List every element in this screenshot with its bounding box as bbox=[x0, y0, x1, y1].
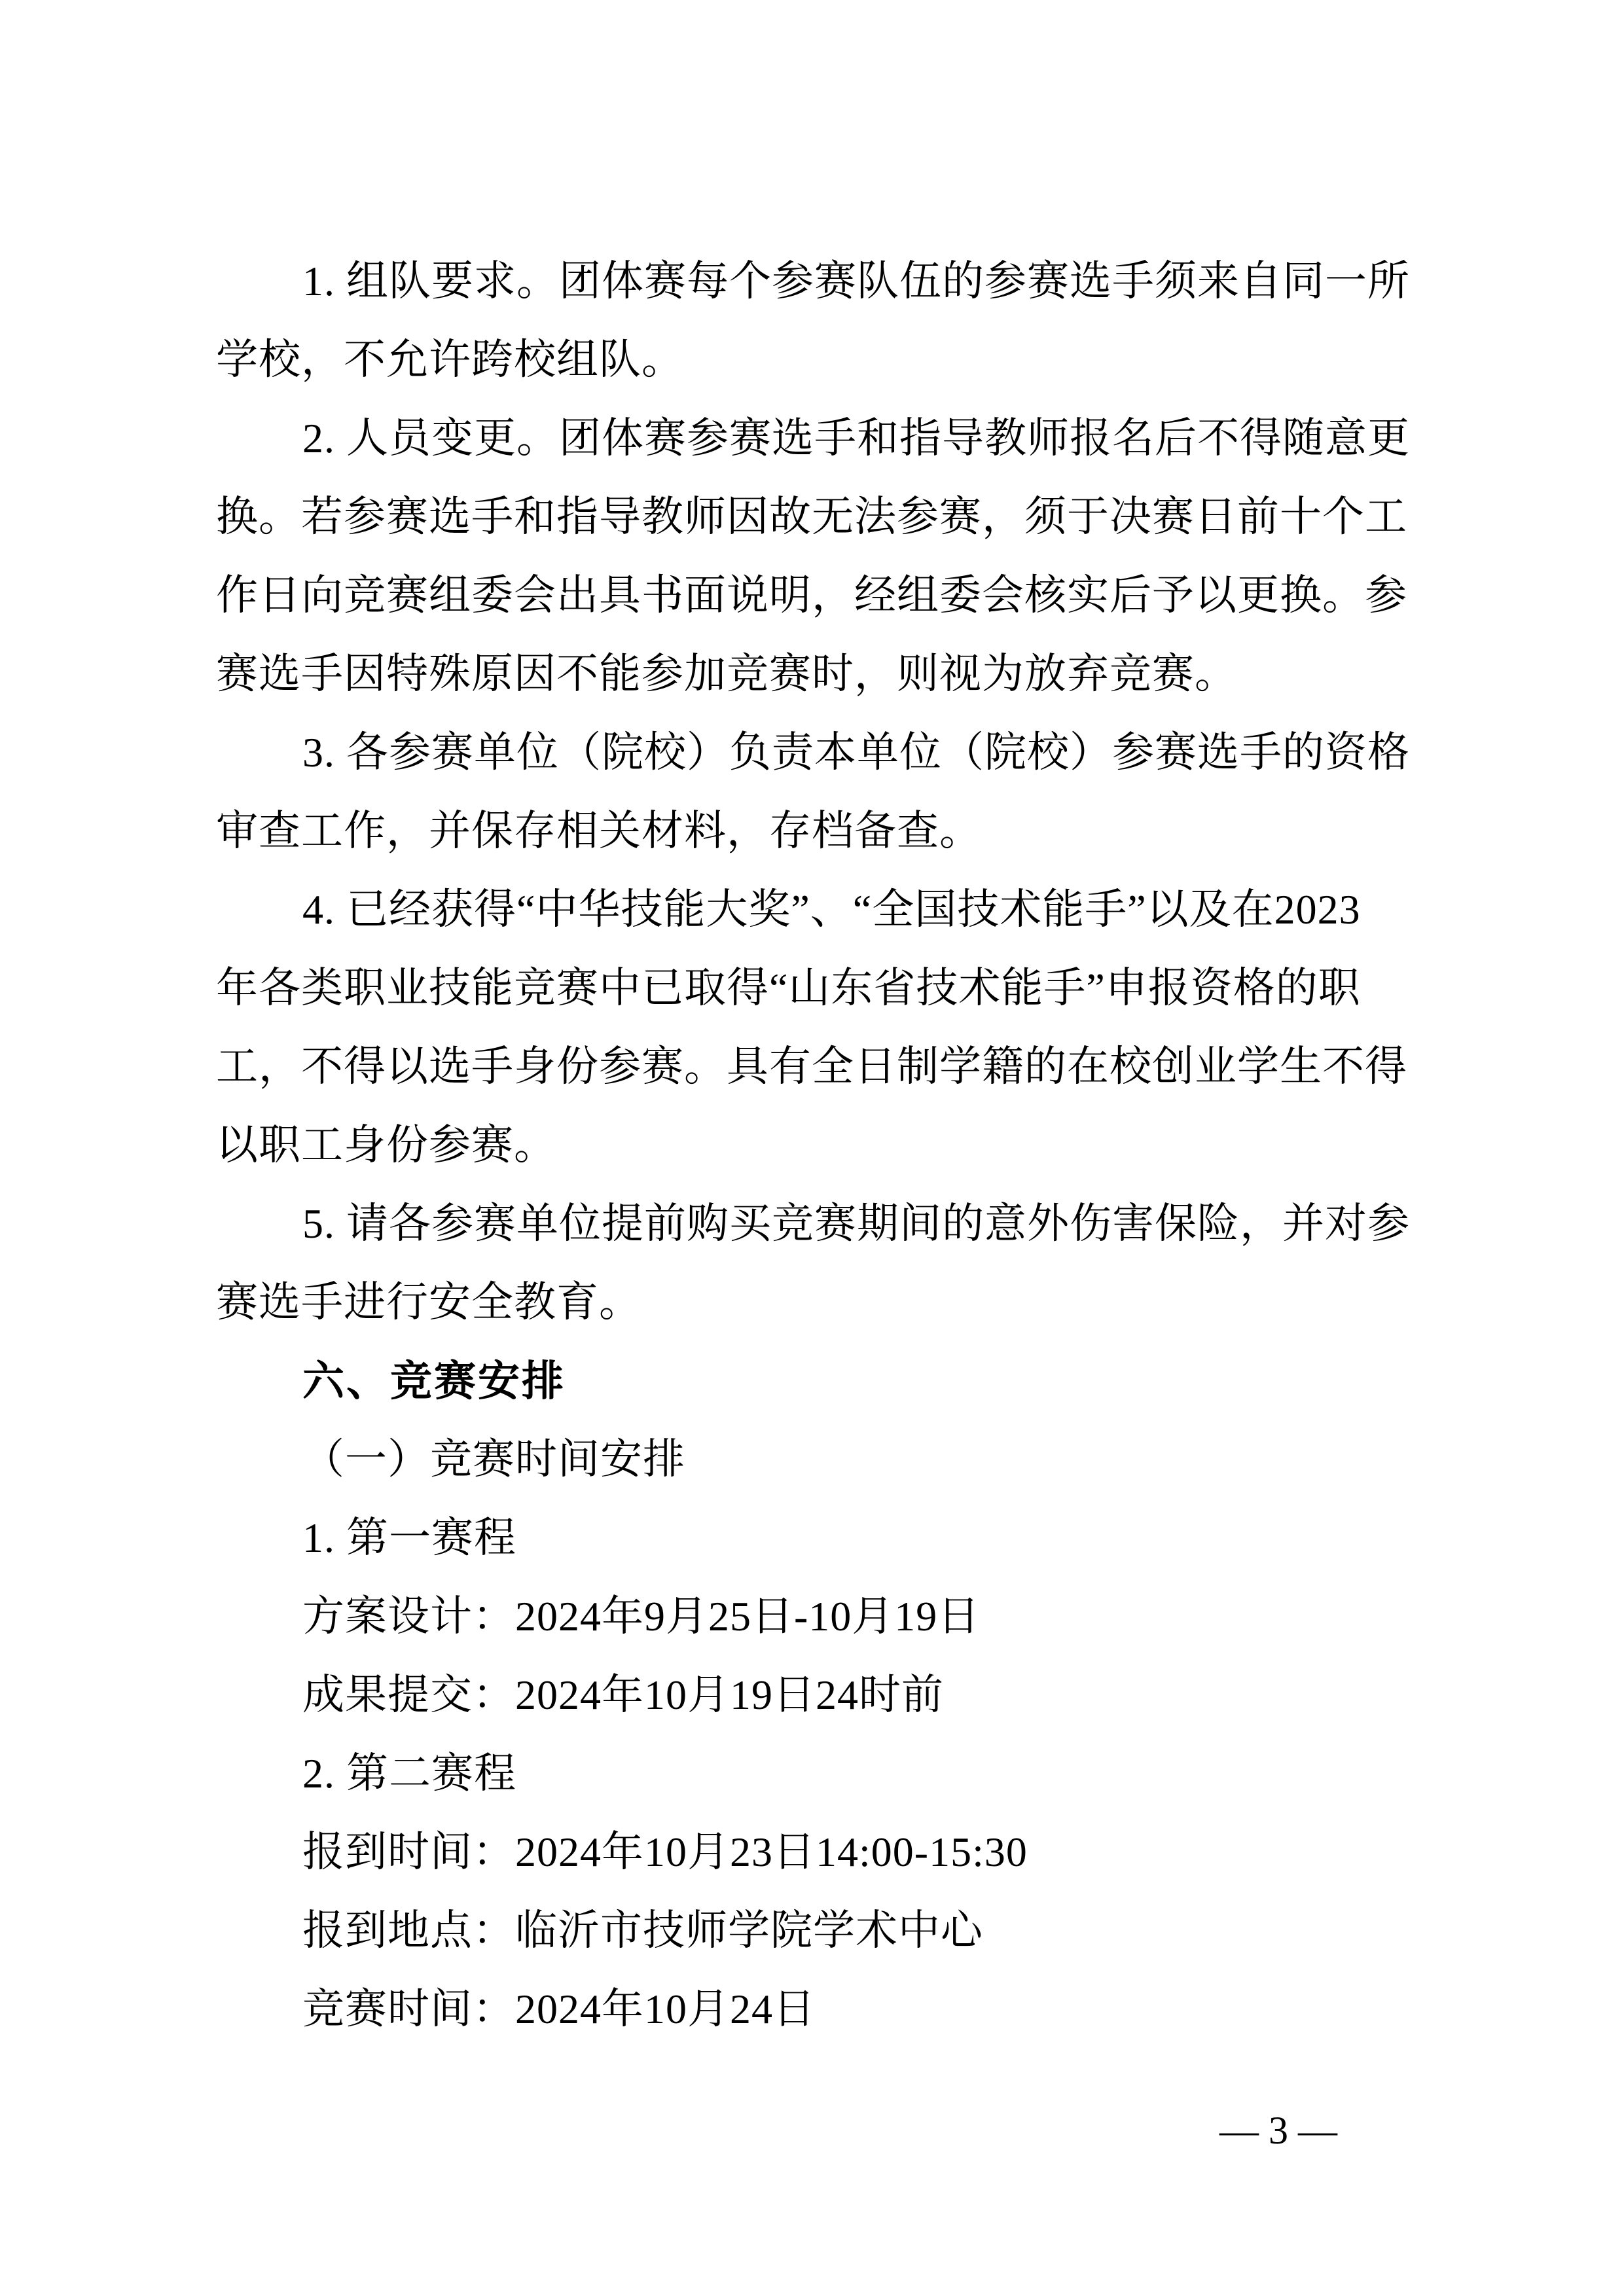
document-line: 赛选手因特殊原因不能参加竞赛时，则视为放弃竞赛。 bbox=[216, 635, 1420, 713]
document-line: 成果提交：2024年10月19日24时前 bbox=[216, 1656, 1420, 1734]
document-line: 工，不得以选手身份参赛。具有全日制学籍的在校创业学生不得 bbox=[216, 1028, 1420, 1106]
document-line: 审查工作，并保存相关材料，存档备查。 bbox=[216, 792, 1420, 870]
document-line: 2. 人员变更。团体赛参赛选手和指导教师报名后不得随意更 bbox=[216, 399, 1420, 478]
document-line: 1. 组队要求。团体赛每个参赛队伍的参赛选手须来自同一所 bbox=[216, 242, 1420, 321]
document-line: 报到地点：临沂市技师学院学术中心 bbox=[216, 1892, 1420, 1970]
document-body: 1. 组队要求。团体赛每个参赛队伍的参赛选手须来自同一所学校，不允许跨校组队。2… bbox=[216, 242, 1420, 2049]
document-line: 赛选手进行安全教育。 bbox=[216, 1263, 1420, 1342]
document-line: 3. 各参赛单位（院校）负责本单位（院校）参赛选手的资格 bbox=[216, 713, 1420, 792]
document-line: 换。若参赛选手和指导教师因故无法参赛，须于决赛日前十个工 bbox=[216, 478, 1420, 556]
document-line: 年各类职业技能竞赛中已取得“山东省技术能手”申报资格的职 bbox=[216, 949, 1420, 1028]
document-line: （一）竞赛时间安排 bbox=[216, 1420, 1420, 1499]
document-line: 竞赛时间：2024年10月24日 bbox=[216, 1970, 1420, 2049]
page-number: — 3 — bbox=[216, 2104, 1420, 2157]
document-line: 作日向竞赛组委会出具书面说明，经组委会核实后予以更换。参 bbox=[216, 556, 1420, 635]
document-line: 4. 已经获得“中华技能大奖”、“全国技术能手”以及在2023 bbox=[216, 870, 1420, 949]
document-line: 方案设计：2024年9月25日-10月19日 bbox=[216, 1577, 1420, 1656]
document-page: 1. 组队要求。团体赛每个参赛队伍的参赛选手须来自同一所学校，不允许跨校组队。2… bbox=[0, 0, 1624, 2296]
document-line: 2. 第二赛程 bbox=[216, 1734, 1420, 1813]
document-line: 学校，不允许跨校组队。 bbox=[216, 321, 1420, 399]
document-line: 以职工身份参赛。 bbox=[216, 1106, 1420, 1185]
document-line: 报到时间：2024年10月23日14:00-15:30 bbox=[216, 1813, 1420, 1892]
document-line: 六、竞赛安排 bbox=[216, 1342, 1420, 1420]
document-line: 5. 请各参赛单位提前购买竞赛期间的意外伤害保险，并对参 bbox=[216, 1185, 1420, 1263]
document-line: 1. 第一赛程 bbox=[216, 1499, 1420, 1577]
